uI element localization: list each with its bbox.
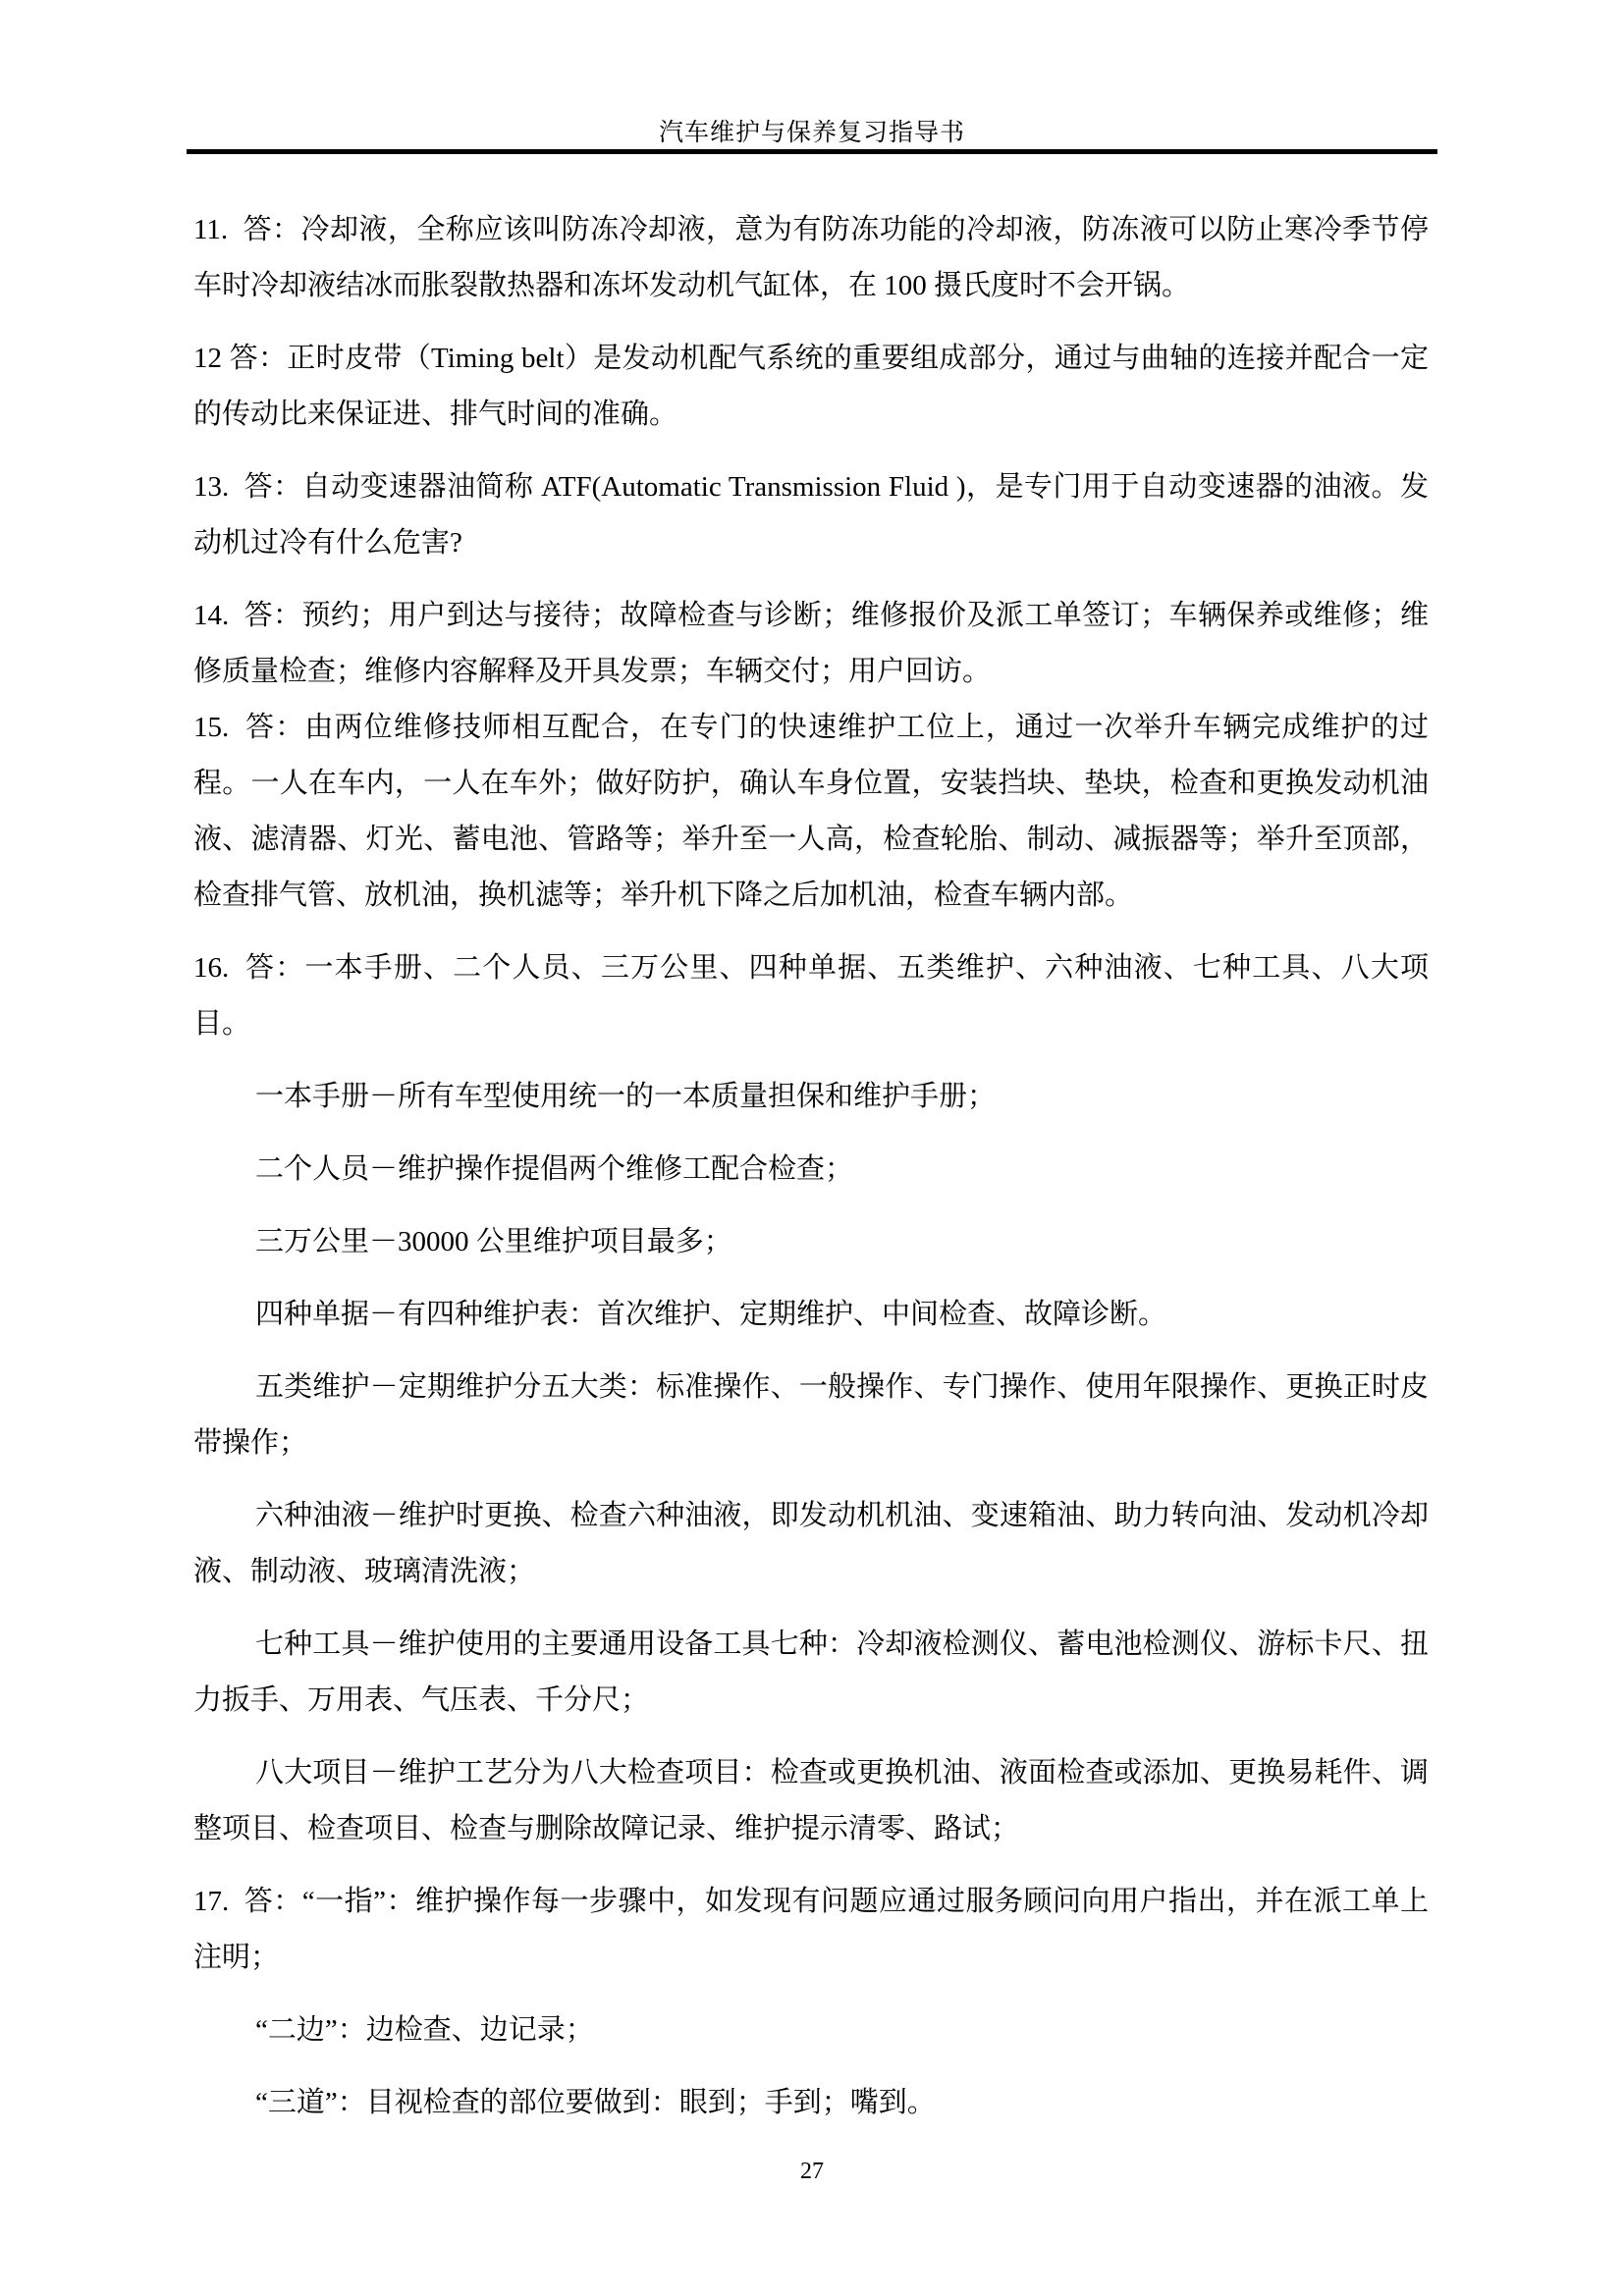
answer-16-item-3: 三万公里－30000 公里维护项目最多；	[193, 1214, 1429, 1270]
answer-16-item-5: 五类维护－定期维护分五大类：标准操作、一般操作、专门操作、使用年限操作、更换正时…	[193, 1360, 1429, 1471]
answer-16-item-1: 一本手册－所有车型使用统一的一本质量担保和维护手册；	[193, 1069, 1429, 1125]
answer-17-item-3: “三道”：目视检查的部位要做到：眼到；手到；嘴到。	[193, 2075, 1429, 2131]
answer-16-item-6: 六种油液－维护时更换、检查六种油液，即发动机机油、变速箱油、助力转向油、发动机冷…	[193, 1488, 1429, 1600]
answer-15: 15. 答：由两位维修技师相互配合，在专门的快速维护工位上，通过一次举升车辆完成…	[193, 700, 1429, 924]
answer-11: 11. 答：冷却液，全称应该叫防冻冷却液，意为有防冻功能的冷却液，防冻液可以防止…	[193, 202, 1429, 314]
page-number: 27	[800, 2159, 824, 2184]
answer-17-item-2: “二边”：边检查、边记录；	[193, 2002, 1429, 2058]
answer-16-item-7: 七种工具－维护使用的主要通用设备工具七种：冷却液检测仪、蓄电池检测仪、游标卡尺、…	[193, 1617, 1429, 1729]
answer-17: 17. 答：“一指”：维护操作每一步骤中，如发现有问题应通过服务顾问向用户指出，…	[193, 1874, 1429, 1986]
answer-12: 12 答：正时皮带（Timing belt）是发动机配气系统的重要组成部分，通过…	[193, 331, 1429, 443]
document-body: 11. 答：冷却液，全称应该叫防冻冷却液，意为有防冻功能的冷却液，防冻液可以防止…	[193, 202, 1429, 2131]
document-page: 汽车维护与保养复习指导书 11. 答：冷却液，全称应该叫防冻冷却液，意为有防冻功…	[0, 0, 1624, 2296]
answer-13: 13. 答：自动变速器油简称 ATF(Automatic Transmissio…	[193, 459, 1429, 571]
answer-14: 14. 答：预约；用户到达与接待；故障检查与诊断；维修报价及派工单签订；车辆保养…	[193, 588, 1429, 700]
answer-16-item-2: 二个人员－维护操作提倡两个维修工配合检查；	[193, 1142, 1429, 1198]
page-footer: 27	[0, 2159, 1624, 2184]
header-rule	[187, 149, 1437, 154]
answer-16-item-4: 四种单据－有四种维护表：首次维护、定期维护、中间检查、故障诊断。	[193, 1287, 1429, 1343]
page-header-title: 汽车维护与保养复习指导书	[0, 0, 1624, 148]
answer-16-item-8: 八大项目－维护工艺分为八大检查项目：检查或更换机油、液面检查或添加、更换易耗件、…	[193, 1745, 1429, 1857]
page-header: 汽车维护与保养复习指导书	[0, 0, 1624, 154]
answer-16: 16. 答：一本手册、二个人员、三万公里、四种单据、五类维护、六种油液、七种工具…	[193, 940, 1429, 1052]
